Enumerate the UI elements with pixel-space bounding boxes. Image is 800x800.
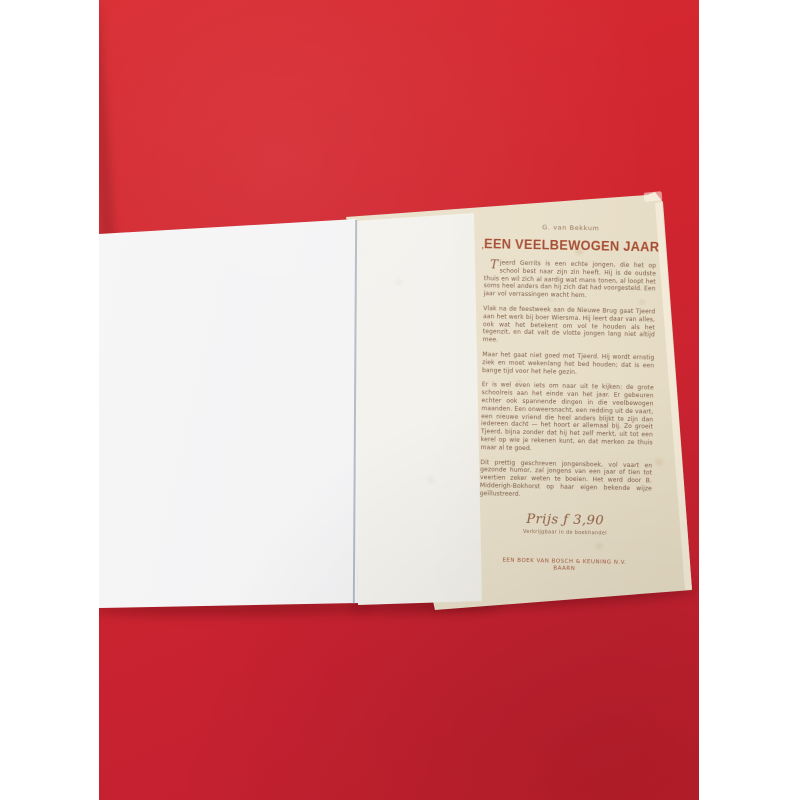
flap-paragraph: Tjeerd Gerrits is een echte jongen, die … — [483, 259, 656, 301]
canvas-margin-left — [0, 0, 99, 800]
price: Prijs ƒ 3,90 — [471, 510, 659, 529]
photo-canvas: G. van Bekkum ‚EEN VEELBEWOGEN JAAR Tjee… — [0, 0, 800, 800]
flap-title: ‚EEN VEELBEWOGEN JAAR — [481, 236, 660, 254]
flap-paragraph: Maar het gaat niet goed met Tjeerd. Hij … — [482, 351, 654, 378]
drop-cap: T — [490, 259, 498, 269]
flap-printed-text: G. van Bekkum ‚EEN VEELBEWOGEN JAAR Tjee… — [470, 218, 665, 594]
flap-paragraph: Dit prettig geschreven jongensboek, vol … — [480, 459, 653, 501]
flap-paragraph: Er is wel even iets om naar uit te kijke… — [481, 381, 654, 454]
canvas-margin-right — [699, 0, 800, 800]
jacket-bent-corner — [644, 191, 663, 202]
title-text: EEN VEELBEWOGEN JAAR — [484, 236, 660, 254]
paragraph-text: jeerd Gerrits is een echte jongen, die h… — [483, 259, 656, 299]
price-note: Verkrijgbaar in de boekhandel — [471, 527, 659, 537]
publisher-imprint: EEN BOEK VAN BOSCH & KEUNING N.V. BAARN — [470, 556, 658, 574]
flap-author: G. van Bekkum — [477, 222, 665, 234]
book-photo: G. van Bekkum ‚EEN VEELBEWOGEN JAAR Tjee… — [99, 0, 699, 800]
flap-paragraph: Vlak na de feestweek aan de Nieuwe Brug … — [483, 305, 656, 347]
flap-blurb: Tjeerd Gerrits is een echte jongen, die … — [480, 259, 657, 501]
